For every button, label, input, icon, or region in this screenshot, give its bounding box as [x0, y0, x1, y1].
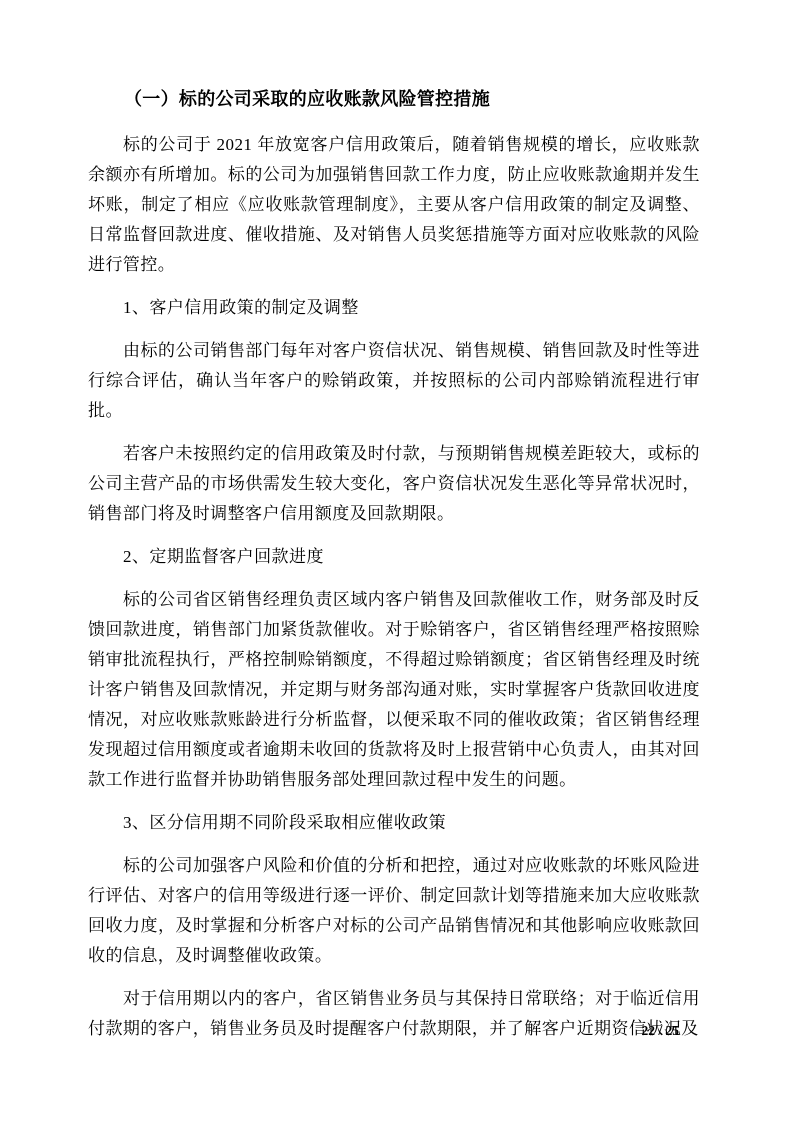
page-content: （一）标的公司采取的应收账款风险管控措施 标的公司于 2021 年放宽客户信用政…: [88, 84, 700, 1057]
section-heading: （一）标的公司采取的应收账款风险管控措施: [88, 84, 700, 114]
paragraph-collection-policy-2: 对于信用期以内的客户，省区销售业务员与其保持日常联络；对于临近信用付款期的客户，…: [88, 984, 700, 1044]
subheading-3-collection-policy: 3、区分信用期不同阶段采取相应催收政策: [88, 808, 700, 838]
paragraph-credit-policy-1: 由标的公司销售部门每年对客户资信状况、销售规模、销售回款及时性等进行综合评估，确…: [88, 336, 700, 426]
subheading-2-payment-progress: 2、定期监督客户回款进度: [88, 542, 700, 572]
paragraph-payment-progress: 标的公司省区销售经理负责区域内客户销售及回款催收工作，财务部及时反馈回款进度，销…: [88, 585, 700, 795]
page-footer: 22 / 25: [641, 1022, 679, 1040]
paragraph-collection-policy-1: 标的公司加强客户风险和价值的分析和把控，通过对应收账款的坏账风险进行评估、对客户…: [88, 851, 700, 971]
paragraph-intro: 标的公司于 2021 年放宽客户信用政策后，随着销售规模的增长，应收账款余额亦有…: [88, 130, 700, 280]
document-page: （一）标的公司采取的应收账款风险管控措施 标的公司于 2021 年放宽客户信用政…: [0, 0, 793, 1122]
page-number: 22 / 25: [641, 1023, 679, 1038]
paragraph-credit-policy-2: 若客户未按照约定的信用政策及时付款，与预期销售规模差距较大，或标的公司主营产品的…: [88, 439, 700, 529]
subheading-1-credit-policy: 1、客户信用政策的制定及调整: [88, 293, 700, 323]
